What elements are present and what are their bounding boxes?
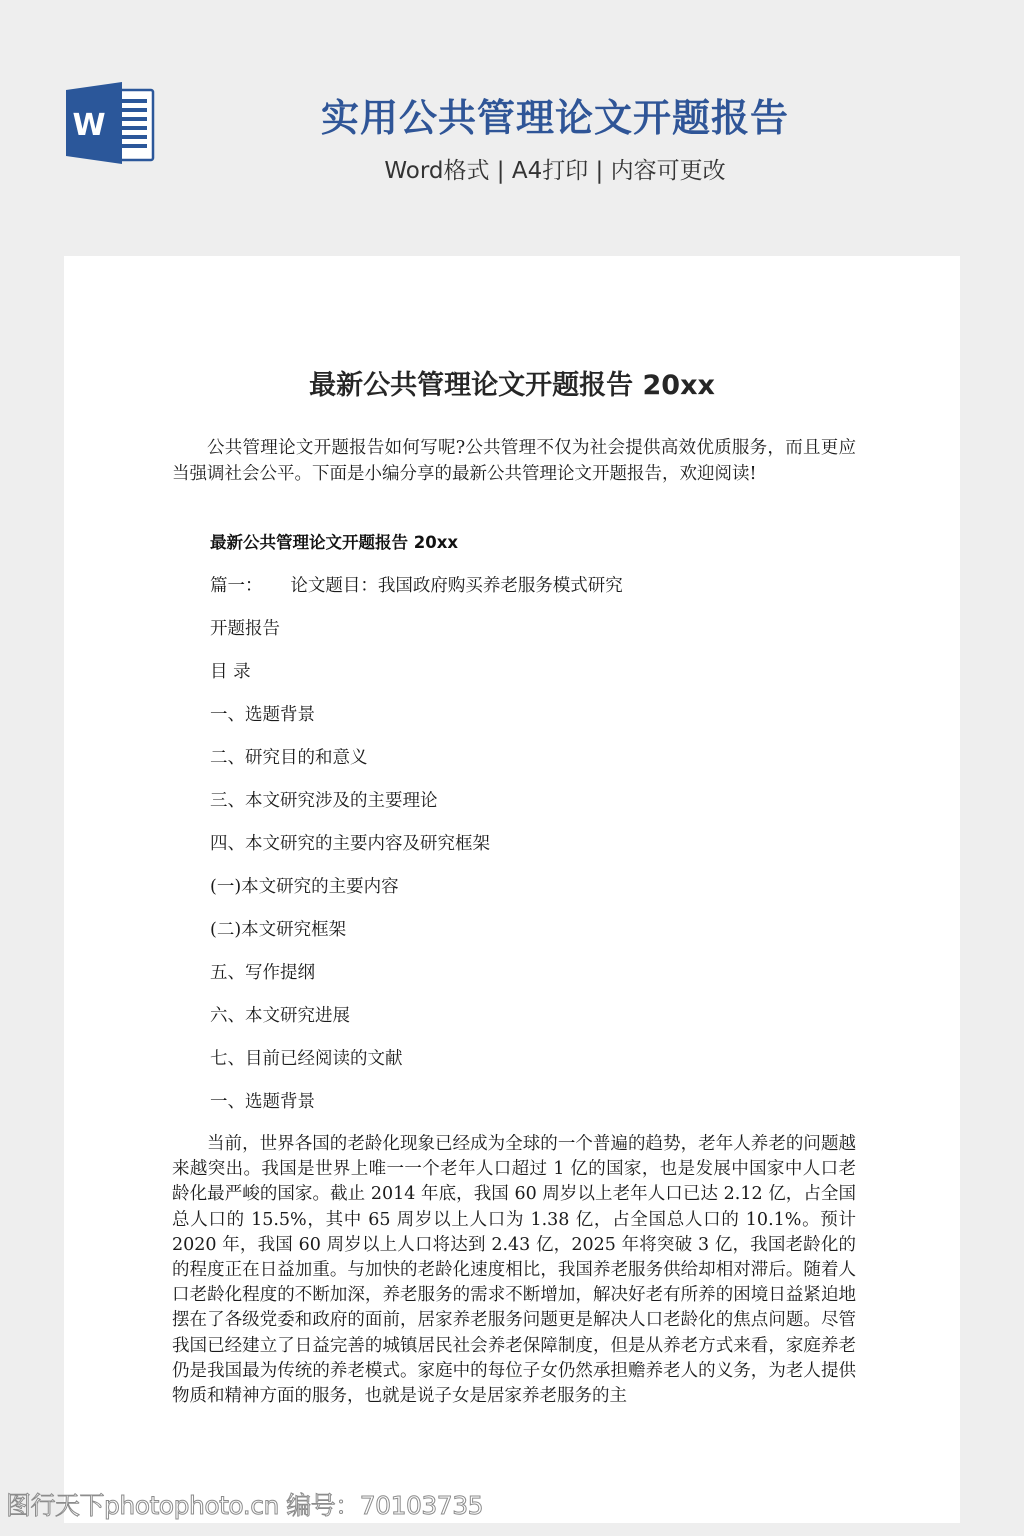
toc-item: 五、写作提纲 <box>210 960 315 986</box>
toc-item: 六、本文研究进展 <box>210 1003 350 1029</box>
paper-topic-line: 篇一： 论文题目：我国政府购买养老服务模式研究 <box>210 573 623 599</box>
toc-heading: 目 录 <box>210 659 251 685</box>
background-paragraph: 当前，世界各国的老龄化现象已经成为全球的一个普遍的趋势，老年人养老的问题越来越突… <box>172 1132 856 1409</box>
watermark-text: 图行天下photophoto.cn 编号：70103735 <box>6 1490 483 1522</box>
document-page: 最新公共管理论文开题报告 20xx 公共管理论文开题报告如何写呢?公共管理不仅为… <box>64 256 960 1523</box>
section-heading: 最新公共管理论文开题报告 20xx <box>210 530 458 556</box>
document-title: 最新公共管理论文开题报告 20xx <box>64 366 960 406</box>
toc-item: 二、研究目的和意义 <box>210 745 368 771</box>
toc-item: 三、本文研究涉及的主要理论 <box>210 788 438 814</box>
svg-text:W: W <box>72 108 105 143</box>
intro-paragraph: 公共管理论文开题报告如何写呢?公共管理不仅为社会提供高效优质服务，而且更应当强调… <box>172 436 856 487</box>
word-document-icon: W <box>66 82 156 164</box>
section-heading-background: 一、选题背景 <box>210 1089 315 1115</box>
toc-subitem: (一)本文研究的主要内容 <box>210 874 399 900</box>
report-label: 开题报告 <box>210 616 280 642</box>
banner-title: 实用公共管理论文开题报告 <box>230 92 880 144</box>
toc-subitem: (二)本文研究框架 <box>210 917 346 943</box>
toc-item: 一、选题背景 <box>210 702 315 728</box>
banner-subtitle: Word格式 | A4打印 | 内容可更改 <box>230 154 880 188</box>
toc-item: 四、本文研究的主要内容及研究框架 <box>210 831 490 857</box>
toc-item: 七、目前已经阅读的文献 <box>210 1046 403 1072</box>
